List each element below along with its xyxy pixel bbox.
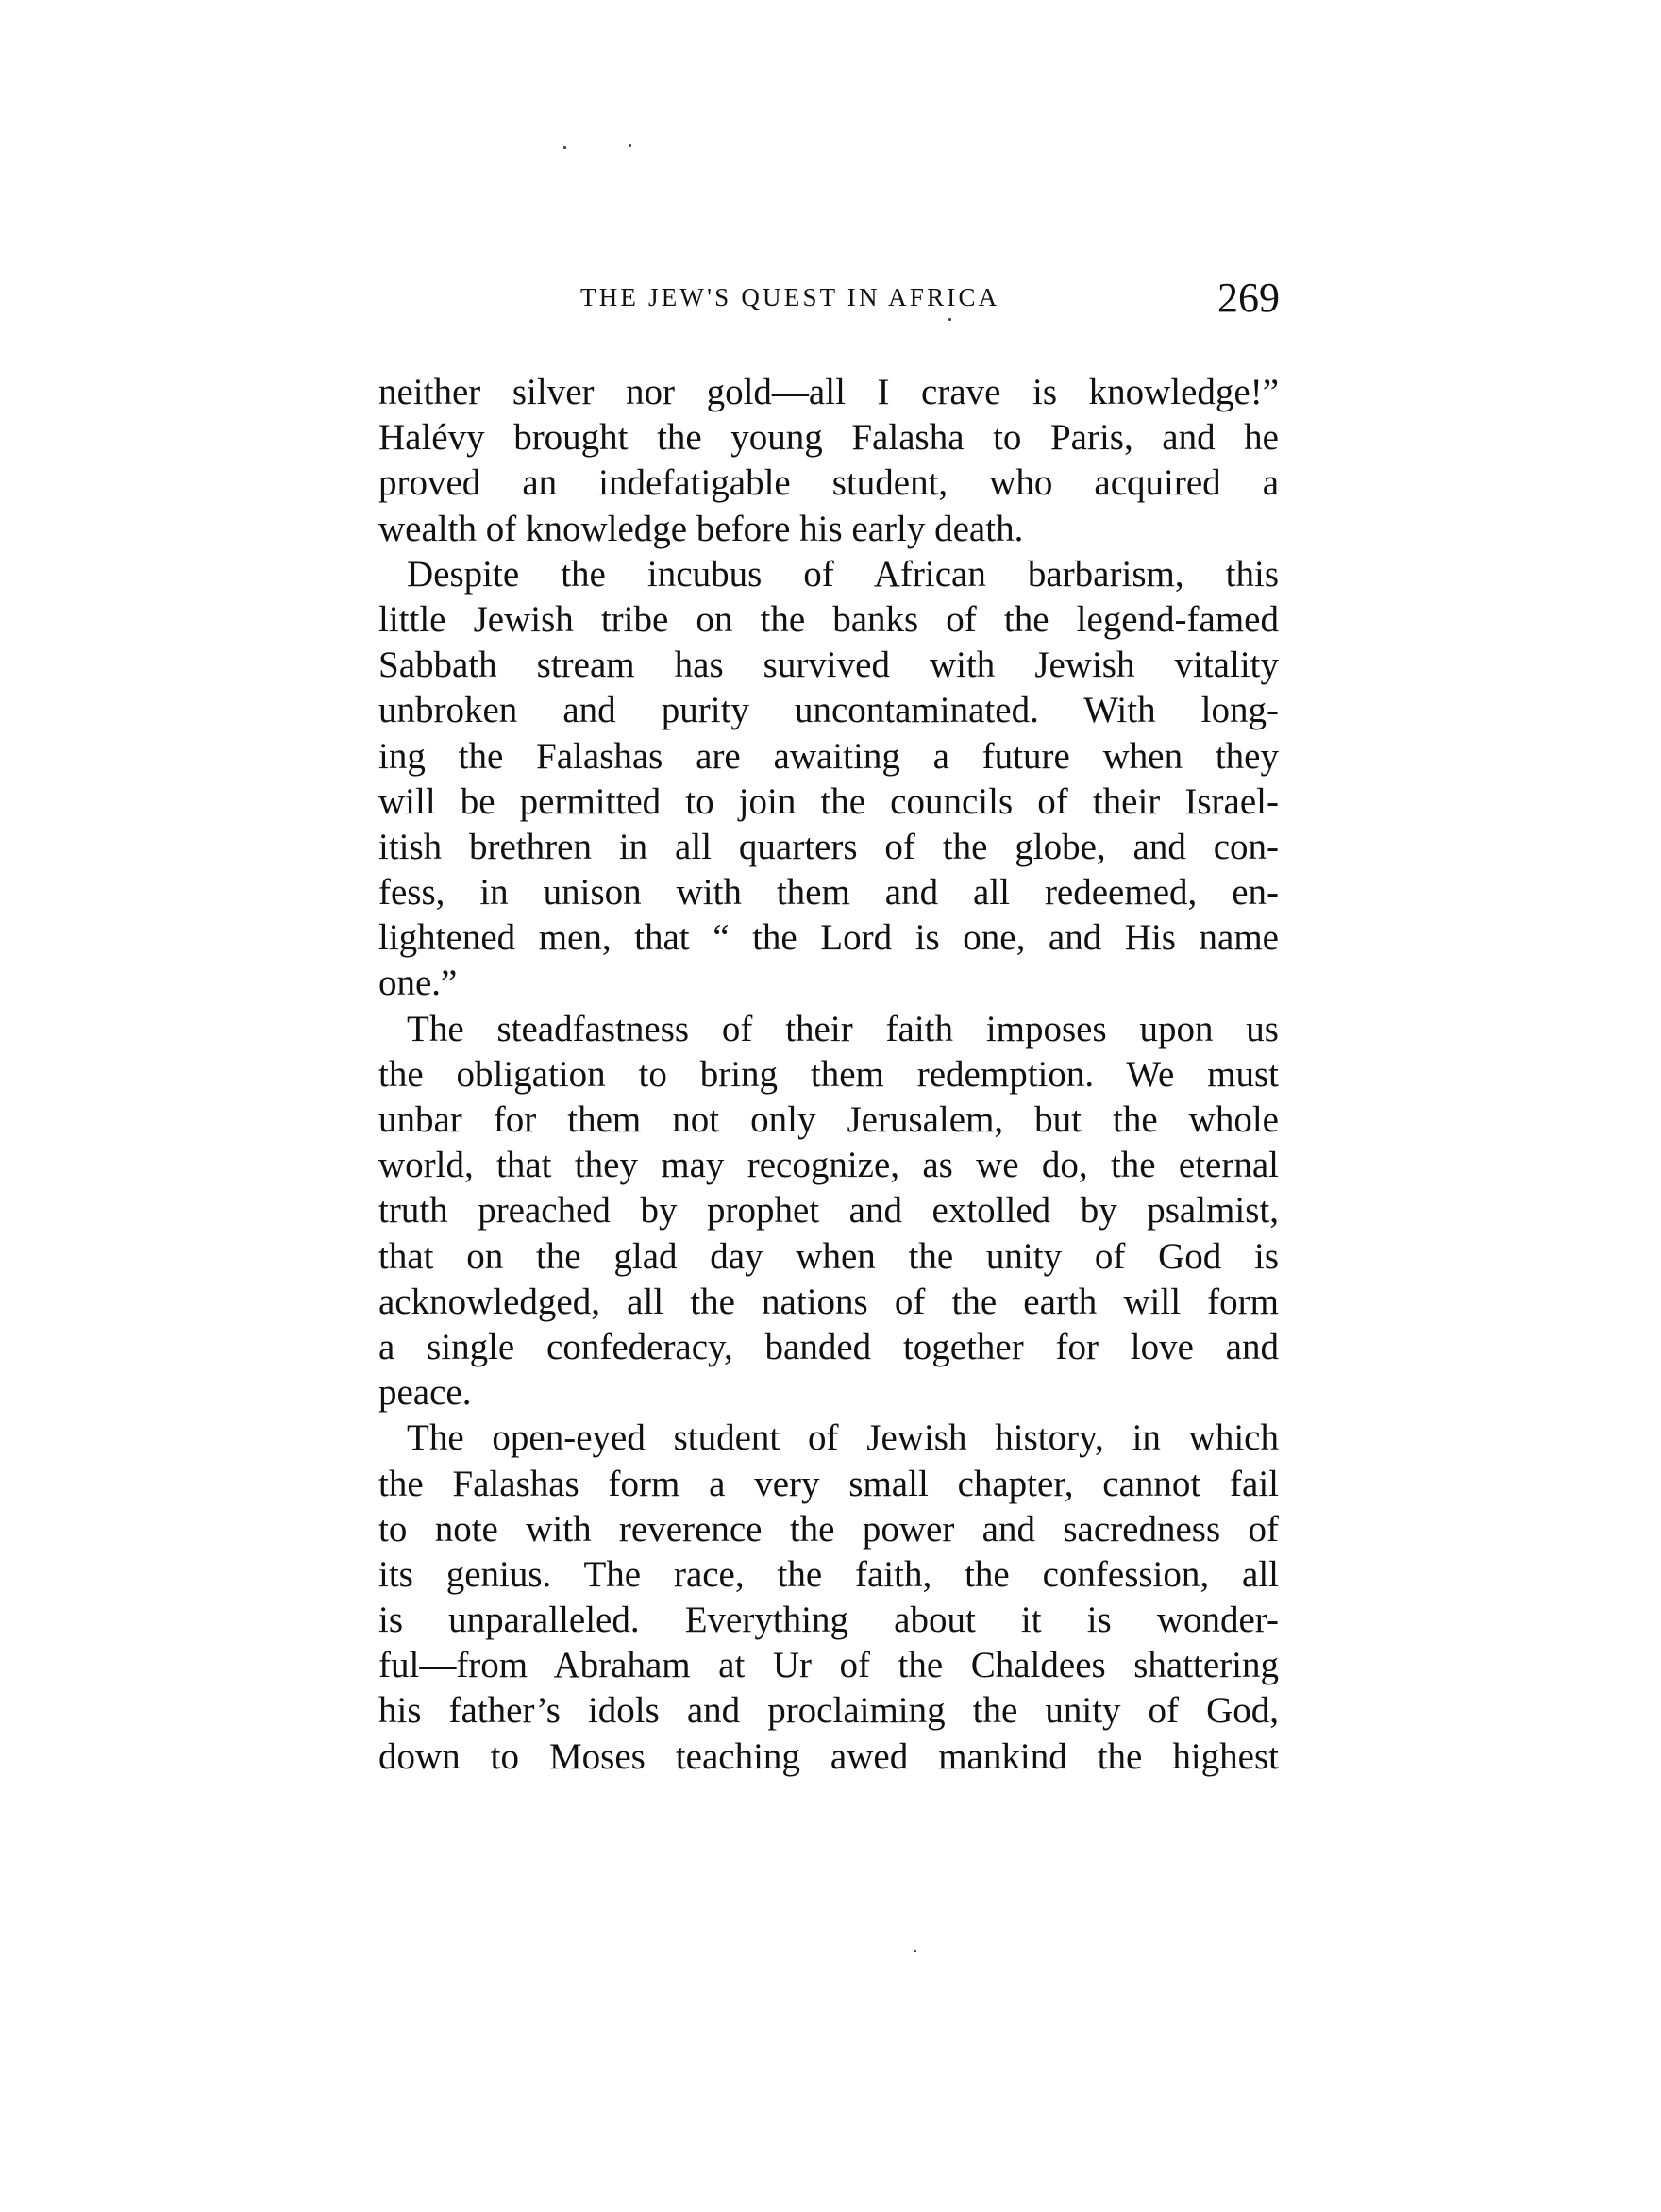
text-line: peace. <box>378 1370 1279 1416</box>
scan-speck <box>914 1950 916 1952</box>
text-line: unbar for them not only Jerusalem, but t… <box>378 1098 1279 1143</box>
text-line: Sabbath stream has survived with Jewish … <box>378 643 1279 688</box>
page-number: 269 <box>1217 274 1280 322</box>
text-line: The steadfastness of their faith imposes… <box>378 1007 1279 1052</box>
text-line: his father’s idols and proclaiming the u… <box>378 1688 1279 1734</box>
text-line: is unparalleled. Everything about it is … <box>378 1598 1279 1643</box>
text-line: ing the Falashas are awaiting a future w… <box>378 734 1279 779</box>
text-line: little Jewish tribe on the banks of the … <box>378 597 1279 643</box>
text-line: the obligation to bring them redemption.… <box>378 1052 1279 1098</box>
text-line: truth preached by prophet and extolled b… <box>378 1188 1279 1233</box>
text-line: the Falashas form a very small chapter, … <box>378 1462 1279 1507</box>
text-line: one.” <box>378 961 1279 1006</box>
text-line: world, that they may recognize, as we do… <box>378 1143 1279 1188</box>
text-line: acknowledged, all the nations of the ear… <box>378 1280 1279 1325</box>
text-line: will be permitted to join the councils o… <box>378 779 1279 825</box>
running-title: THE JEW'S QUEST IN AFRICA <box>580 283 999 312</box>
text-line: that on the glad day when the unity of G… <box>378 1234 1279 1280</box>
scan-speck <box>563 146 566 149</box>
scan-speck <box>629 144 631 147</box>
body-text: neither silver nor gold—all I crave is k… <box>378 370 1279 1780</box>
text-line: fess, in unison with them and all redeem… <box>378 870 1279 915</box>
text-line: lightened men, that “ the Lord is one, a… <box>378 915 1279 961</box>
text-line: The open-eyed student of Jewish history,… <box>378 1416 1279 1461</box>
text-line: Halévy brought the young Falasha to Pari… <box>378 415 1279 461</box>
text-line: Despite the incubus of African barbarism… <box>378 552 1279 597</box>
text-line: neither silver nor gold—all I crave is k… <box>378 370 1279 415</box>
text-line: its genius. The race, the faith, the con… <box>378 1552 1279 1598</box>
text-line: down to Moses teaching awed mankind the … <box>378 1734 1279 1780</box>
text-line: unbroken and purity uncontaminated. With… <box>378 688 1279 733</box>
book-page: THE JEW'S QUEST IN AFRICA 269 neither si… <box>0 0 1661 2212</box>
running-head: THE JEW'S QUEST IN AFRICA 269 <box>377 277 1280 325</box>
text-line: to note with reverence the power and sac… <box>378 1507 1279 1552</box>
text-line: itish brethren in all quarters of the gl… <box>378 825 1279 870</box>
text-line: ful—from Abraham at Ur of the Chaldees s… <box>378 1643 1279 1688</box>
text-line: proved an indefatigable student, who acq… <box>378 461 1279 506</box>
text-line: a single confederacy, banded together fo… <box>378 1325 1279 1370</box>
text-line: wealth of knowledge before his early dea… <box>378 507 1279 552</box>
